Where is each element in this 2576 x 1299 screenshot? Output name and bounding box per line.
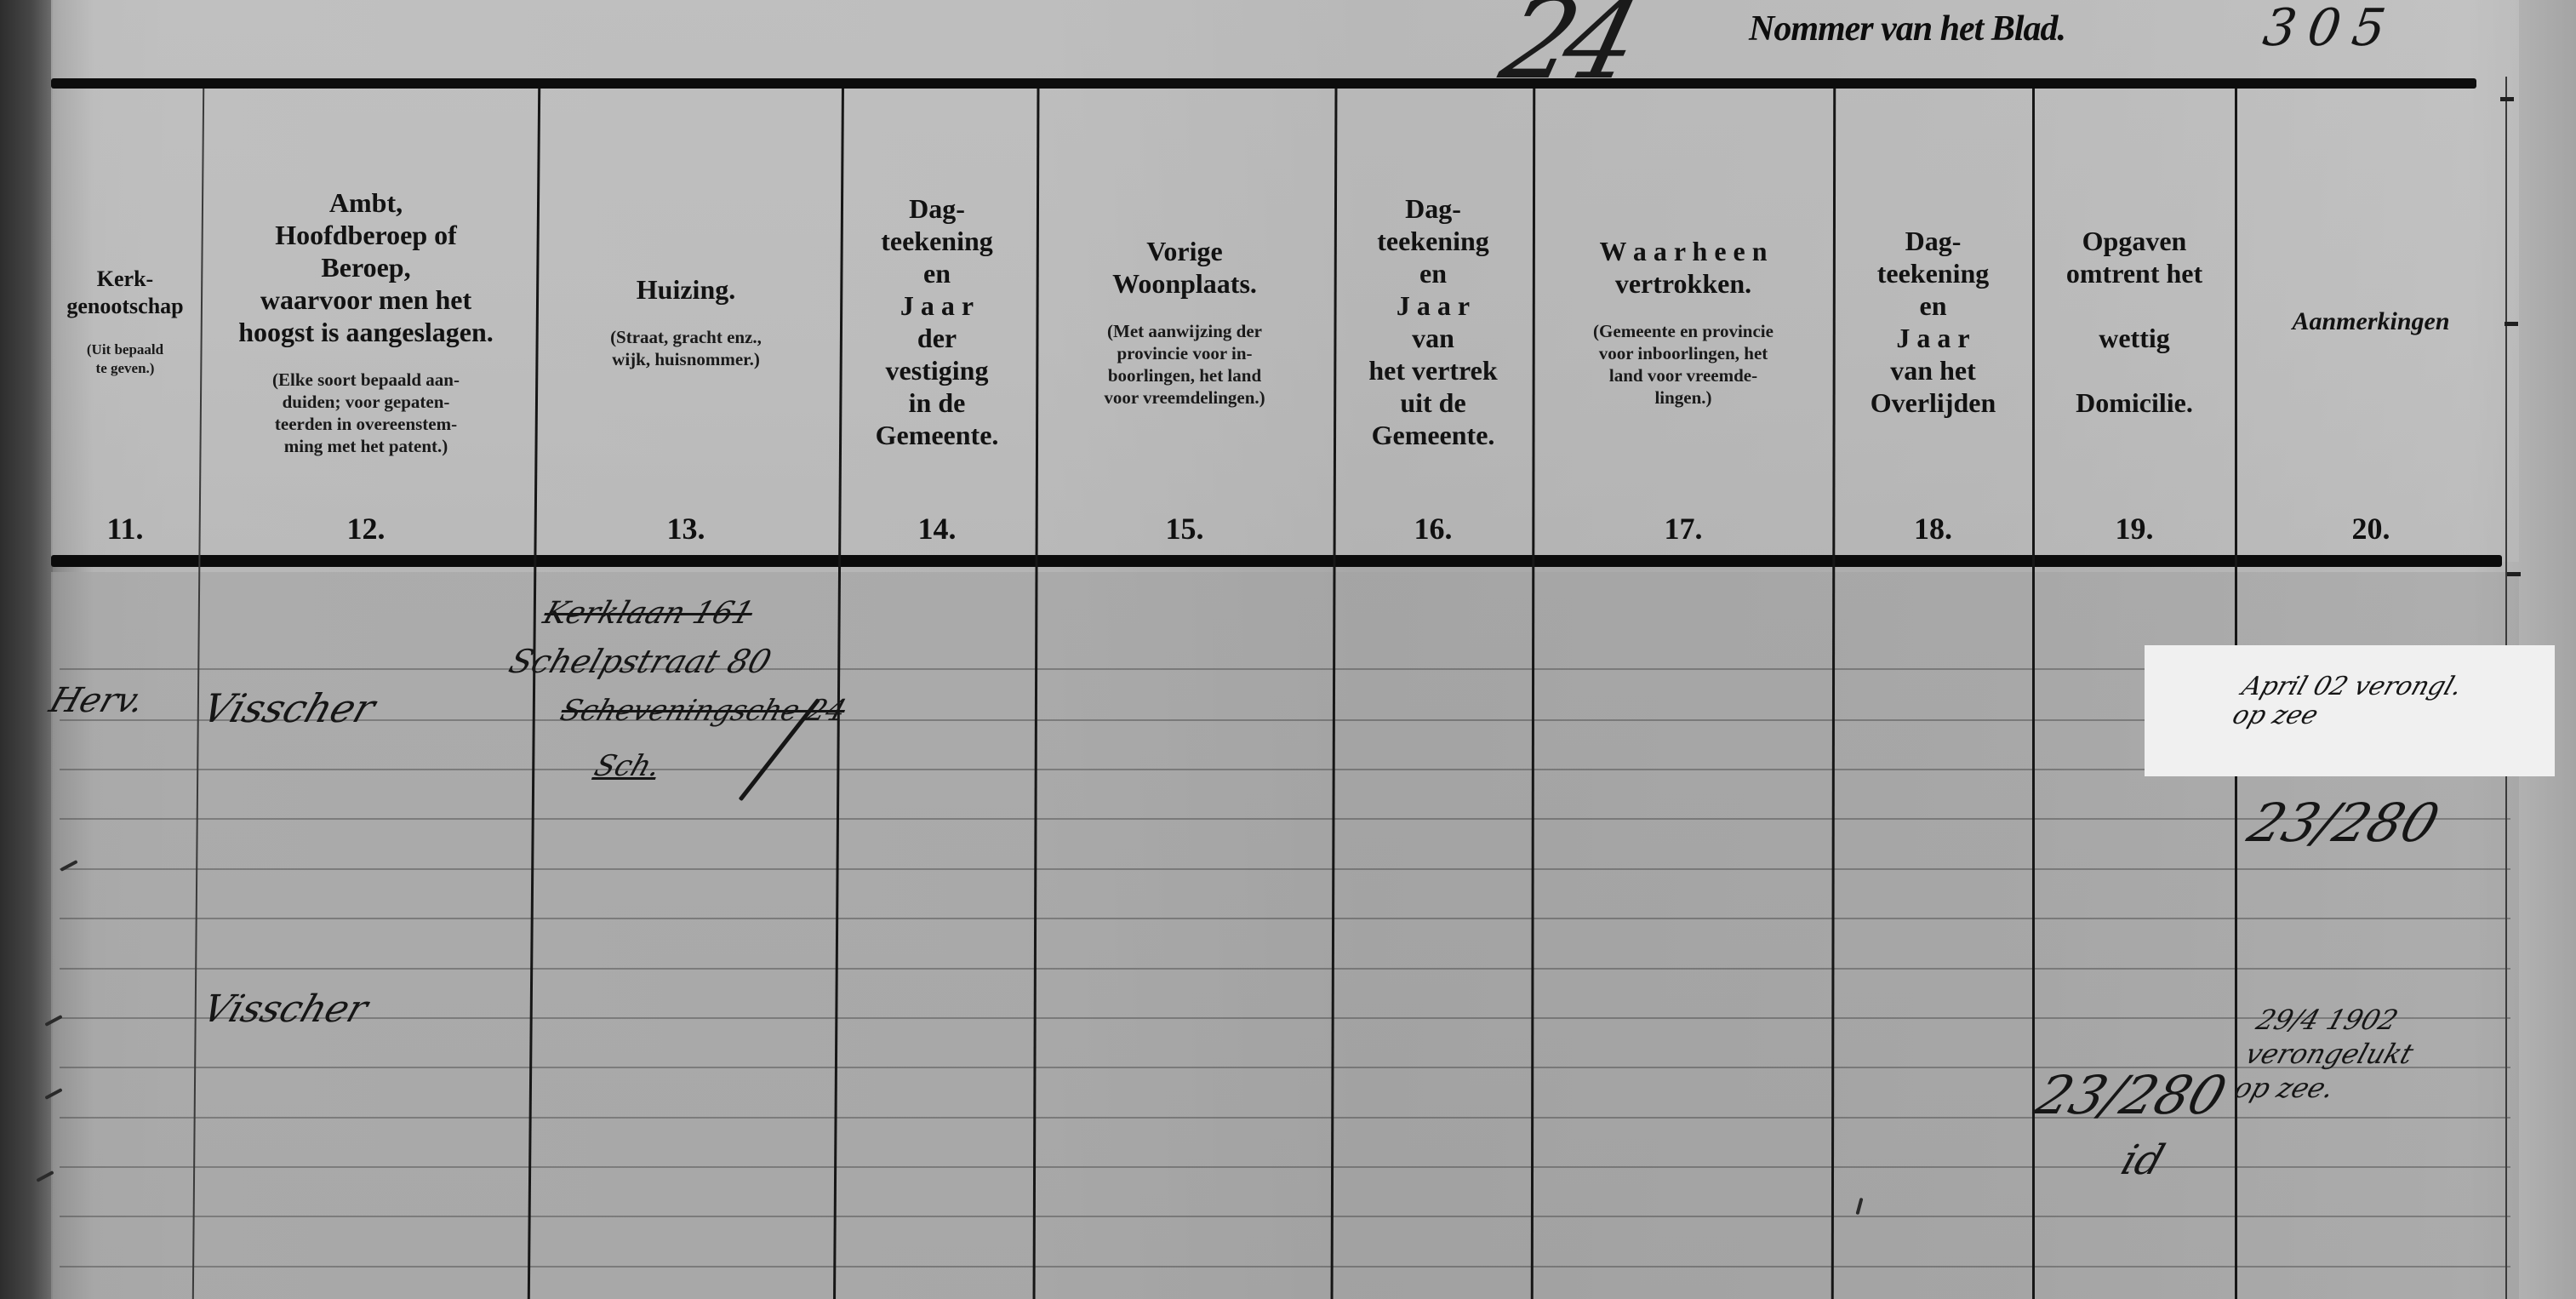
ruled-line — [60, 968, 2510, 970]
top-rule — [51, 78, 2476, 89]
column-header-20: Aanmerkingen — [2236, 89, 2505, 555]
column-title: Vorige Woonplaats. — [1112, 235, 1257, 300]
register-page: 24 Nommer van het Blad. 305 Kerk- genoot… — [0, 0, 2576, 1299]
column-header-14: Dag- teekening en J a a r der vestiging … — [839, 89, 1035, 555]
page-number-label: Nommer van het Blad. — [1749, 9, 2065, 49]
column-header-12: Ambt, Hoofdberoep of Beroep, waarvoor me… — [199, 89, 533, 555]
ruled-line — [60, 1216, 2510, 1217]
column-number: 20. — [2236, 511, 2505, 546]
column-number: 17. — [1534, 511, 1833, 546]
column-note: (Met aanwijzing der provincie voor in- b… — [1104, 320, 1265, 409]
ruled-line — [60, 1017, 2510, 1019]
domicile-reference: 23/280 — [2028, 1064, 2234, 1126]
column-number: 15. — [1037, 511, 1333, 546]
address-line: Schelpstraat 80 — [505, 643, 776, 680]
column-header-19: Opgaven omtrent het wettig Domicilie. — [2034, 89, 2235, 555]
column-title: Dag- teekening en J a a r van het Overli… — [1871, 225, 1996, 419]
column-title: Ambt, Hoofdberoep of Beroep, waarvoor me… — [238, 186, 494, 348]
column-number: 12. — [199, 511, 533, 546]
column-title: Dag- teekening en J a a r der vestiging … — [876, 192, 999, 451]
column-title: Opgaven omtrent het wettig Domicilie. — [2066, 225, 2202, 419]
column-title: Kerk- genootschap — [66, 266, 183, 320]
column-note: (Elke soort bepaald aan- duiden; voor ge… — [272, 369, 460, 457]
occupation-entry: Visscher — [197, 987, 374, 1031]
book-spine-shadow — [0, 0, 53, 1299]
ruled-line — [60, 818, 2510, 820]
header-bottom-rule — [51, 555, 2502, 567]
column-header-11: Kerk- genootschap (Uit bepaald te geven.… — [53, 89, 197, 555]
ruled-line — [60, 769, 2510, 770]
remarks-patch-text: April 02 verongl. op zee — [2229, 672, 2466, 730]
column-note: (Uit bepaald te geven.) — [87, 340, 163, 378]
remarks-entry: 29/4 1902 verongelukt op zee. — [2230, 1003, 2430, 1105]
ruled-line — [60, 668, 2510, 670]
ruled-line — [60, 1266, 2510, 1268]
column-number: 16. — [1334, 511, 1532, 546]
ruled-line — [60, 918, 2510, 919]
column-number: 19. — [2034, 511, 2235, 546]
column-note: (Gemeente en provincie voor inboorlingen… — [1593, 320, 1773, 409]
occupation-entry: Visscher — [197, 685, 380, 731]
column-header-16: Dag- teekening en J a a r van het vertre… — [1334, 89, 1532, 555]
column-header-18: Dag- teekening en J a a r van het Overli… — [1834, 89, 2032, 555]
column-number: 11. — [53, 511, 197, 546]
ruled-line — [60, 719, 2510, 721]
page-number-value: 305 — [2259, 0, 2401, 58]
column-title: Aanmerkingen — [2292, 306, 2449, 338]
column-title: Dag- teekening en J a a r van het vertre… — [1368, 192, 1497, 451]
column-header-17: W a a r h e e n vertrokken. (Gemeente en… — [1534, 89, 1833, 555]
ruled-line — [60, 868, 2510, 870]
column-header-15: Vorige Woonplaats. (Met aanwijzing der p… — [1037, 89, 1333, 555]
column-number: 13. — [534, 511, 837, 546]
column-title: W a a r h e e n vertrokken. — [1599, 235, 1767, 300]
remarks-reference: 23/280 — [2241, 792, 2447, 854]
column-title: Huizing. — [637, 273, 735, 306]
column-header-13: Huizing. (Straat, gracht enz., wijk, hui… — [534, 89, 837, 555]
column-note: (Straat, gracht enz., wijk, huisnommer.) — [610, 326, 762, 370]
address-line-struck: Kerklaan 161 — [539, 596, 757, 631]
address-line: Sch. — [591, 749, 665, 783]
column-number: 18. — [1834, 511, 2032, 546]
column-number: 14. — [839, 511, 1035, 546]
religion-entry: Herv. — [45, 681, 150, 720]
